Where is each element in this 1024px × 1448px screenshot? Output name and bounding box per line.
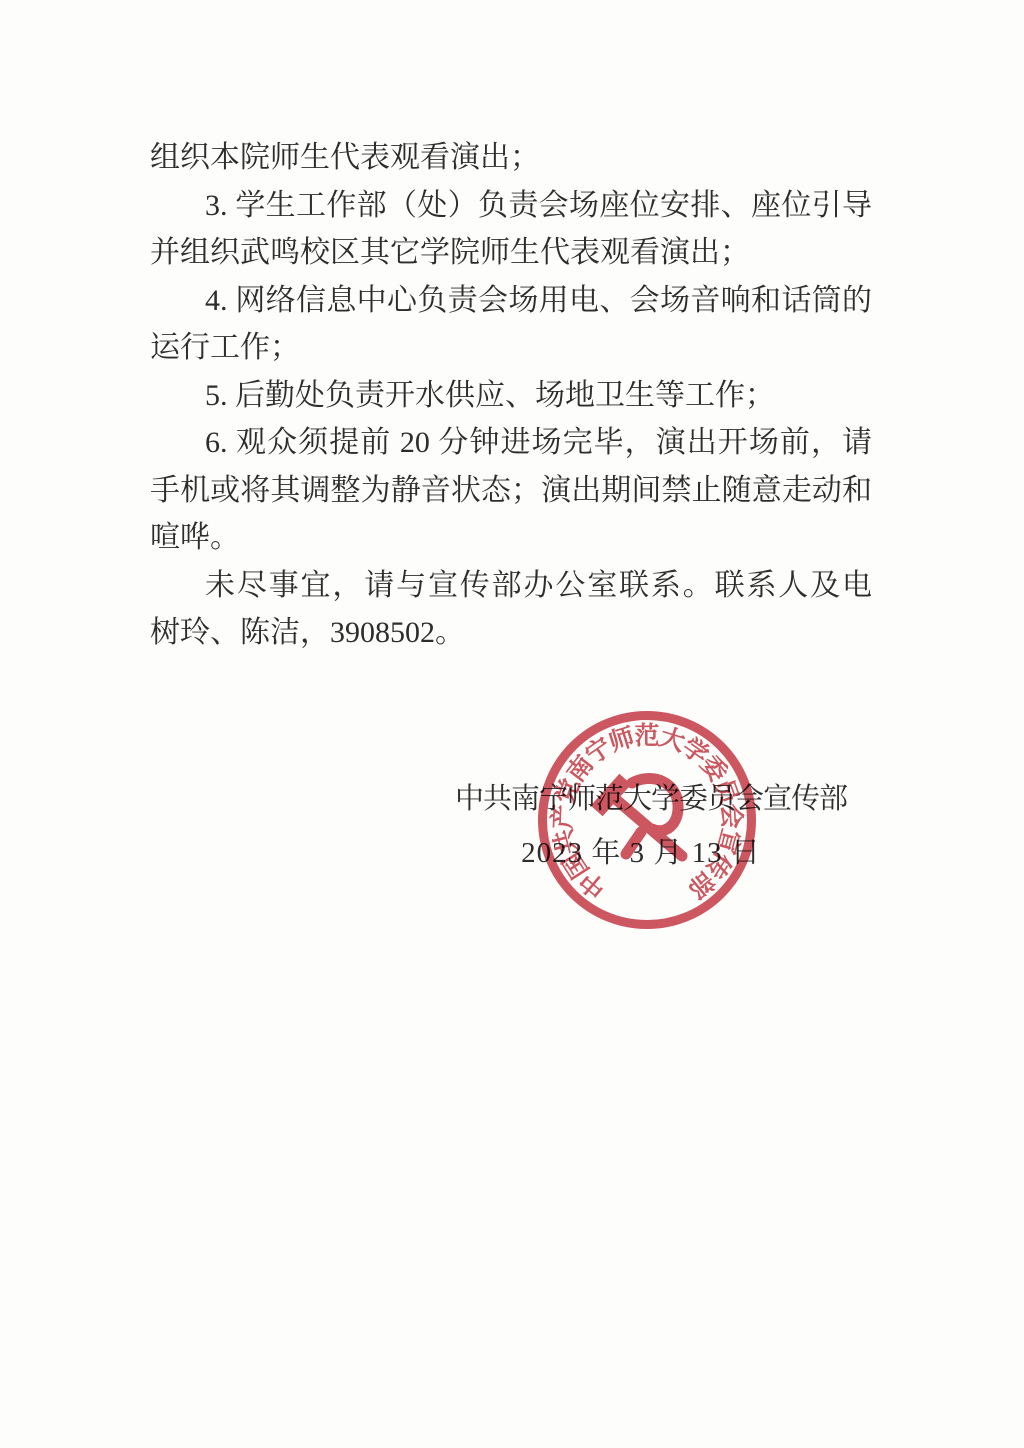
body-line: 树玲、陈洁，3908502。	[150, 609, 872, 657]
seal-ring-char: 范	[634, 722, 659, 750]
seal-ring-char: 宁	[581, 733, 618, 770]
signature-org-line: 中共南宁师范大学委员会宣传部	[455, 776, 847, 817]
body-line: 并组织武鸣校区其它学院师生代表观看演出；	[150, 229, 872, 277]
document-page: 组织本院师生代表观看演出；3. 学生工作部（处）负责会场座位安排、座位引导工作，…	[0, 0, 1024, 1448]
signature-date-line: 2023 年 3 月 13 日	[521, 830, 761, 871]
seal-ring-char: 学	[677, 733, 714, 770]
official-seal: 中国共产党南宁师范大学委员会宣传部	[532, 705, 762, 935]
seal-ring-char: 师	[606, 723, 638, 757]
seal-ring-char: 中	[574, 866, 611, 904]
body-line: 4. 网络信息中心负责会场用电、会场音响和话筒的正常	[150, 277, 872, 325]
body-line: 3. 学生工作部（处）负责会场座位安排、座位引导工作，	[150, 182, 872, 230]
body-line: 未尽事宜，请与宣传部办公室联系。联系人及电话：李	[150, 562, 872, 610]
body-line: 5. 后勤处负责开水供应、场地卫生等工作；	[150, 372, 872, 420]
body-line: 喧哗。	[150, 514, 872, 562]
seal-ring-char: 部	[682, 866, 719, 904]
body-lines: 组织本院师生代表观看演出；3. 学生工作部（处）负责会场座位安排、座位引导工作，…	[150, 134, 872, 657]
seal-ring-char: 大	[656, 723, 688, 757]
body-line: 6. 观众须提前 20 分钟进场完毕，演出开场前，请关闭	[150, 419, 872, 467]
body-line: 手机或将其调整为静音状态；演出期间禁止随意走动和大声	[150, 467, 872, 515]
body-line: 运行工作；	[150, 324, 872, 372]
body-line: 组织本院师生代表观看演出；	[150, 134, 872, 182]
seal-ring	[543, 716, 752, 925]
